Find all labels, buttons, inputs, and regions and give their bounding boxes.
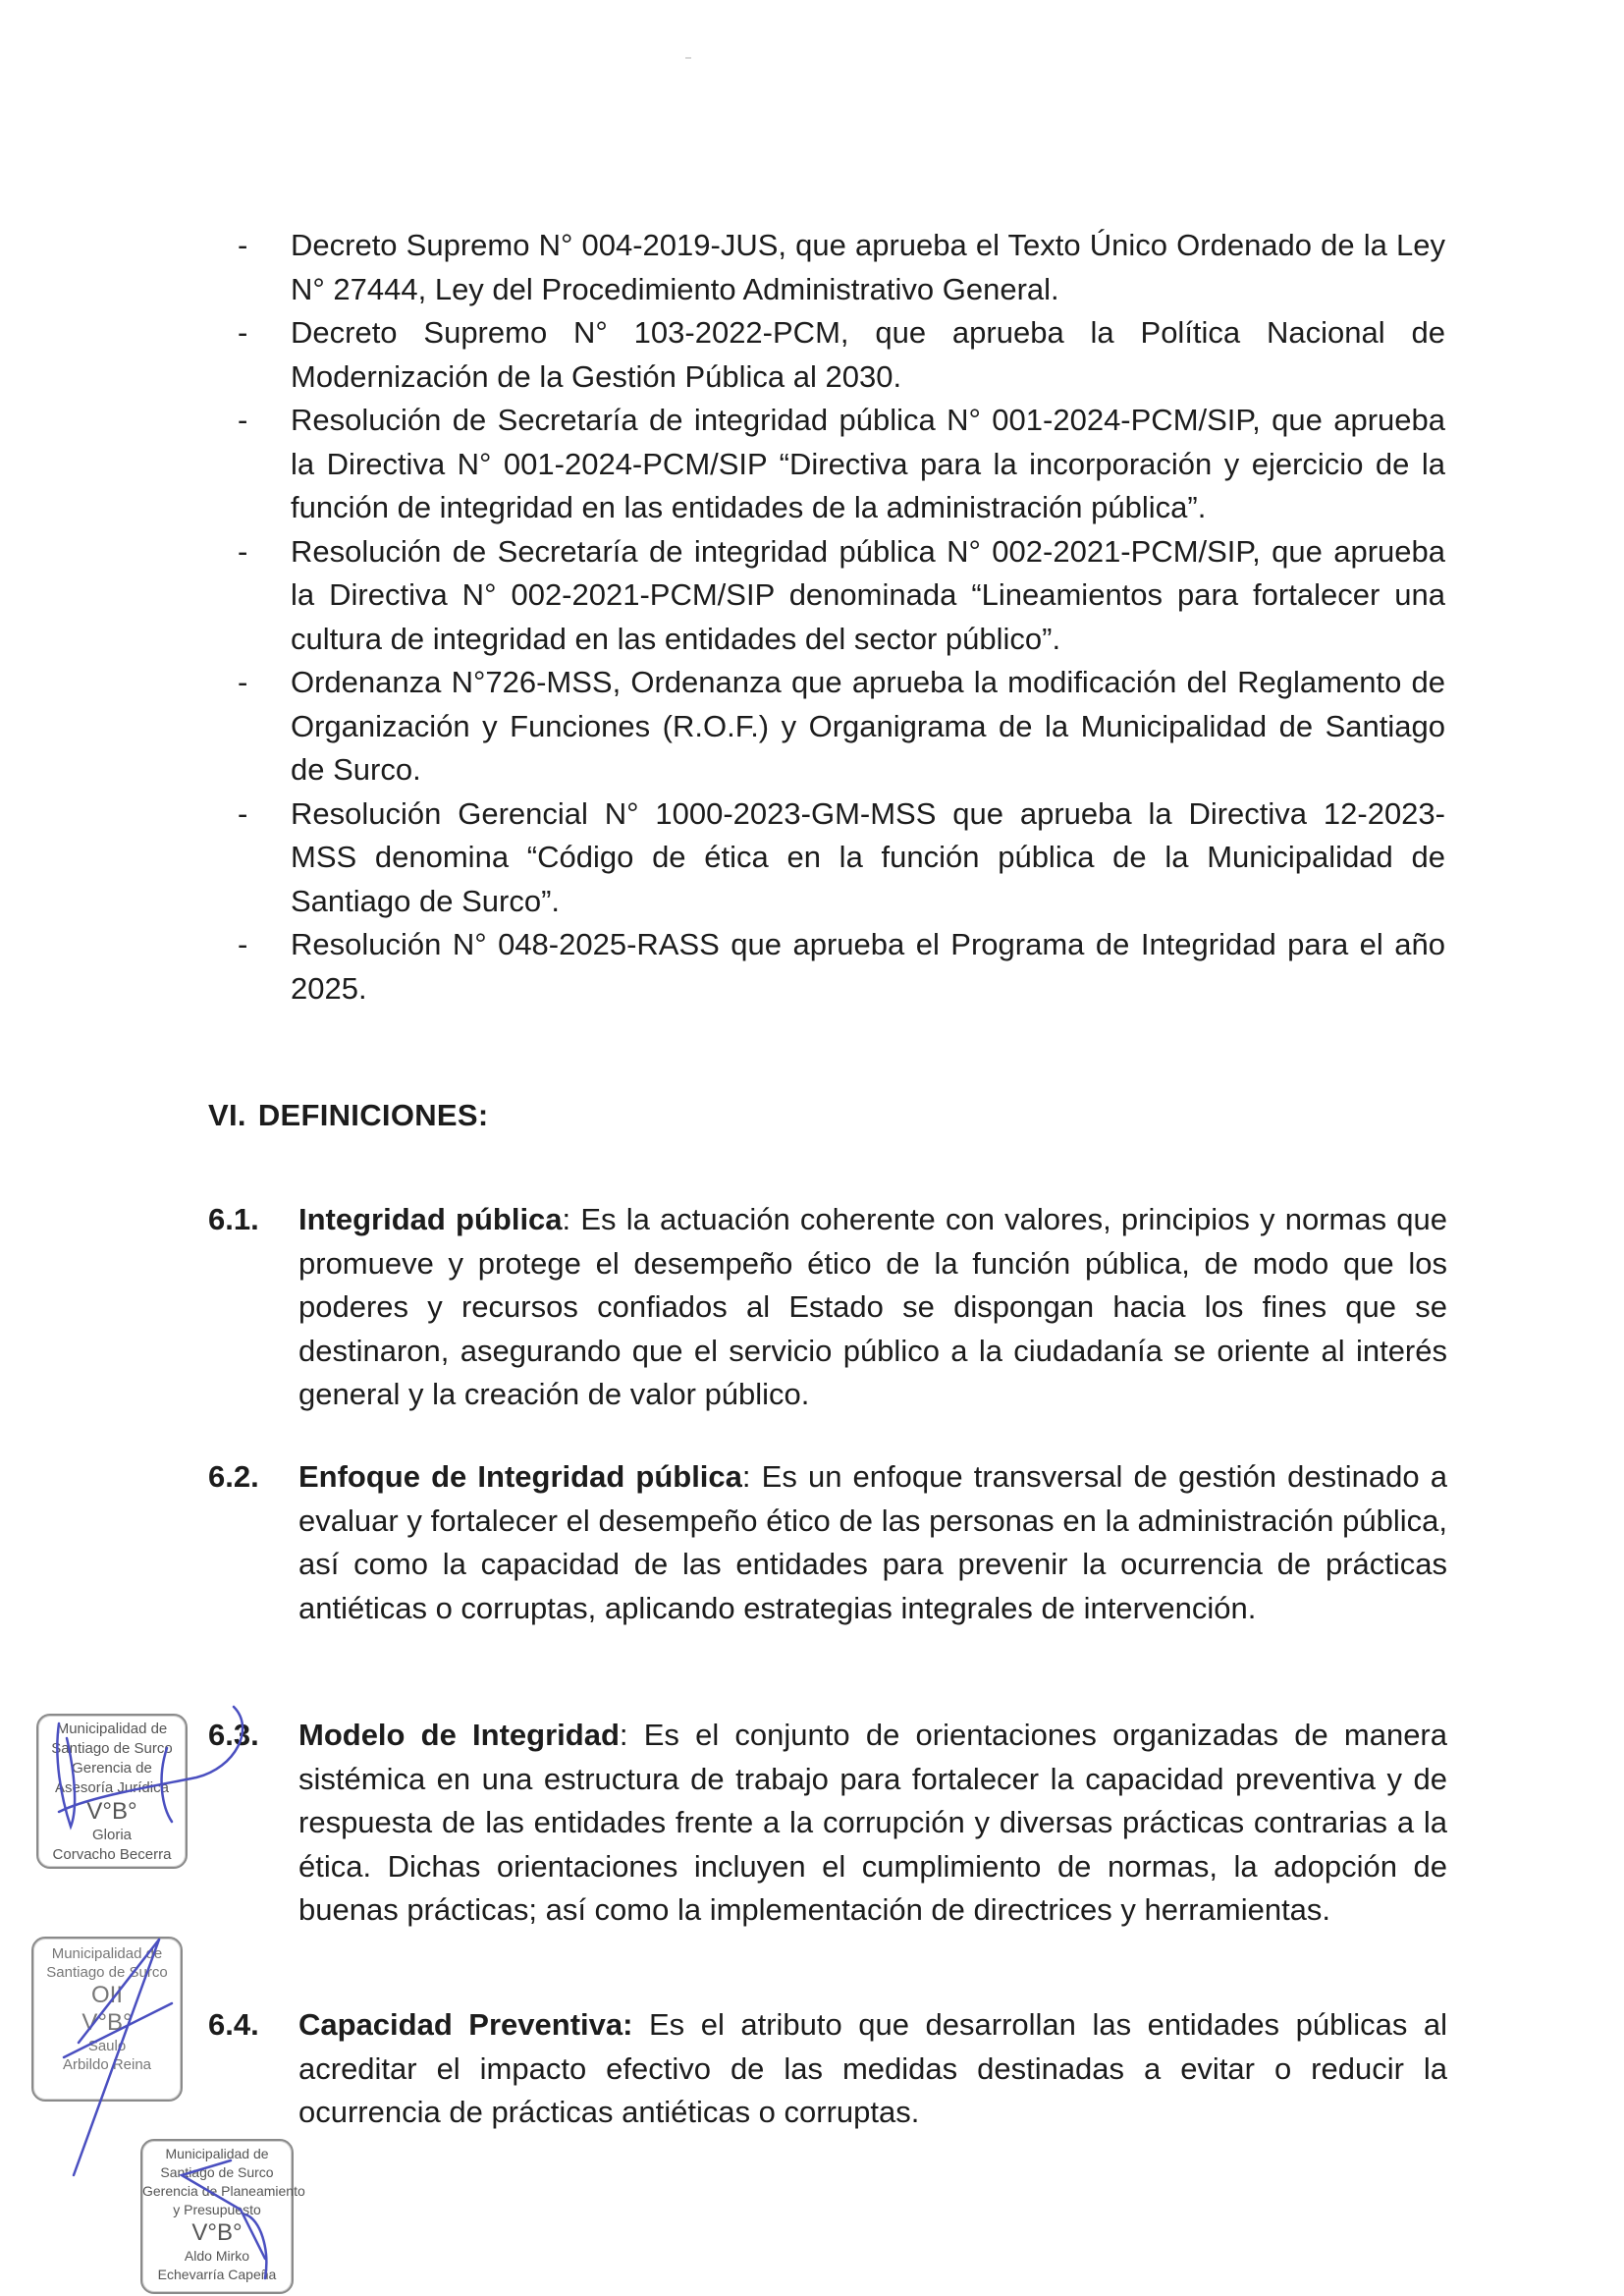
stamp-line: Gerencia de (38, 1759, 186, 1778)
section-number: VI. (208, 1098, 246, 1132)
stamp-signer: Corvacho Becerra (38, 1845, 186, 1865)
stamp-line: Santiago de Surco (142, 2163, 292, 2182)
definition-item: 6.3. Modelo de Integridad: Es el conjunt… (208, 1714, 1447, 1933)
definition-term: Integridad pública (298, 1202, 563, 1236)
list-item: - Decreto Supremo N° 103-2022-PCM, que a… (236, 311, 1445, 399)
scan-speck (685, 57, 691, 59)
legal-basis-list: - Decreto Supremo N° 004-2019-JUS, que a… (236, 224, 1445, 1011)
bullet-dash: - (238, 661, 247, 705)
bullet-dash: - (238, 793, 247, 837)
stamp-line: Municipalidad de (38, 1720, 186, 1739)
stamp-line: y Presupuesto (142, 2201, 292, 2219)
stamp-signer: Echevarría Capeña (142, 2266, 292, 2284)
stamp-signer: Gloria (38, 1826, 186, 1845)
list-item-text: Ordenanza N°726-MSS, Ordenanza que aprue… (291, 661, 1445, 793)
definition-number: 6.3. (208, 1714, 259, 1758)
bullet-dash: - (238, 399, 247, 443)
definition-body: Integridad pública: Es la actuación cohe… (298, 1198, 1447, 1417)
stamp-approval: V°B° (33, 2009, 181, 2037)
definition-number: 6.4. (208, 2003, 259, 2048)
list-item-text: Resolución de Secretaría de integridad p… (291, 399, 1445, 530)
list-item: - Decreto Supremo N° 004-2019-JUS, que a… (236, 224, 1445, 311)
approval-stamp-planning: Municipalidad de Santiago de Surco Geren… (140, 2139, 294, 2294)
stamp-signer: Aldo Mirko (142, 2247, 292, 2266)
list-item-text: Resolución Gerencial N° 1000-2023-GM-MSS… (291, 793, 1445, 924)
list-item-text: Decreto Supremo N° 103-2022-PCM, que apr… (291, 311, 1445, 399)
definition-body: Enfoque de Integridad pública: Es un enf… (298, 1455, 1447, 1630)
list-item: - Ordenanza N°726-MSS, Ordenanza que apr… (236, 661, 1445, 793)
bullet-dash: - (238, 311, 247, 355)
document-page: - Decreto Supremo N° 004-2019-JUS, que a… (0, 0, 1624, 2296)
stamp-line: Santiago de Surco (33, 1963, 181, 1982)
list-item: - Resolución N° 048-2025-RASS que aprueb… (236, 923, 1445, 1011)
section-title: DEFINICIONES: (258, 1098, 489, 1132)
stamp-line: Gerencia de Planeamiento (142, 2182, 292, 2201)
definition-term: Modelo de Integridad (298, 1718, 620, 1752)
stamp-signer: Saulo (33, 2037, 181, 2055)
list-item-text: Resolución de Secretaría de integridad p… (291, 530, 1445, 662)
stamp-approval: V°B° (38, 1798, 186, 1826)
definition-item: 6.2. Enfoque de Integridad pública: Es u… (208, 1455, 1447, 1630)
definition-item: 6.1. Integridad pública: Es la actuación… (208, 1198, 1447, 1417)
definition-number: 6.2. (208, 1455, 259, 1500)
list-item: - Resolución Gerencial N° 1000-2023-GM-M… (236, 793, 1445, 924)
definition-body: Modelo de Integridad: Es el conjunto de … (298, 1714, 1447, 1933)
list-item-text: Decreto Supremo N° 004-2019-JUS, que apr… (291, 224, 1445, 311)
list-item-text: Resolución N° 048-2025-RASS que aprueba … (291, 923, 1445, 1011)
definition-term: Capacidad Preventiva: (298, 2007, 632, 2042)
stamp-office: OII (33, 1982, 181, 2009)
stamp-approval: V°B° (142, 2219, 292, 2247)
section-heading: VI.DEFINICIONES: (208, 1098, 489, 1133)
stamp-line: Municipalidad de (142, 2145, 292, 2163)
approval-stamp-legal: Municipalidad de Santiago de Surco Geren… (36, 1714, 188, 1869)
bullet-dash: - (238, 530, 247, 574)
definition-item: 6.4. Capacidad Preventiva: Es el atribut… (208, 2003, 1447, 2135)
definition-term: Enfoque de Integridad pública (298, 1459, 742, 1494)
stamp-signer: Arbildo Reina (33, 2055, 181, 2074)
definition-number: 6.1. (208, 1198, 259, 1242)
list-item: - Resolución de Secretaría de integridad… (236, 530, 1445, 662)
bullet-dash: - (238, 224, 247, 268)
definition-body: Capacidad Preventiva: Es el atributo que… (298, 2003, 1447, 2135)
list-item: - Resolución de Secretaría de integridad… (236, 399, 1445, 530)
stamp-line: Municipalidad de (33, 1944, 181, 1963)
bullet-dash: - (238, 923, 247, 967)
stamp-line: Asesoría Jurídica (38, 1778, 186, 1798)
stamp-line: Santiago de Surco (38, 1739, 186, 1759)
approval-stamp-oii: Municipalidad de Santiago de Surco OII V… (31, 1937, 183, 2102)
